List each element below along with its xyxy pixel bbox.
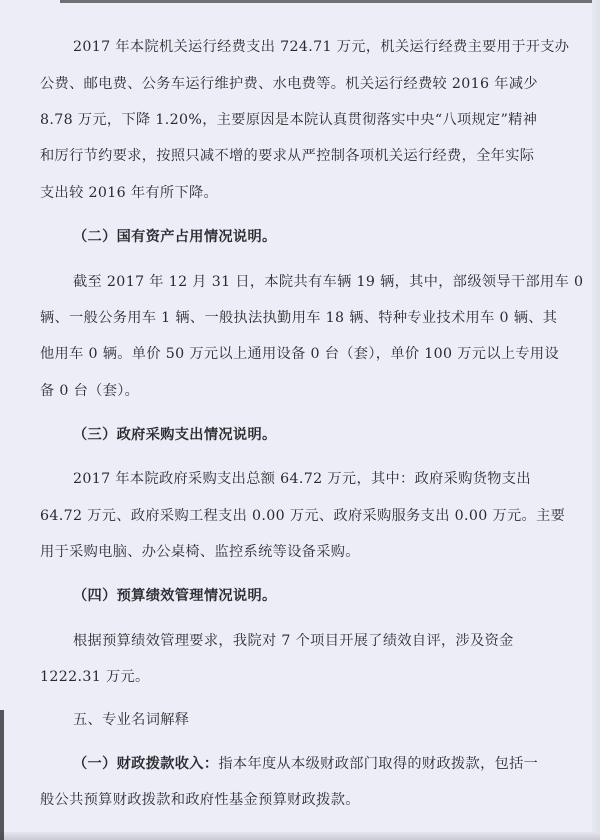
- paragraph-line: 2017 年本院政府采购支出总额 64.72 万元，其中：政府采购货物支出: [73, 469, 531, 489]
- paragraph-line: 公费、邮电费、公务车运行维护费、水电费等。机关运行经费较 2016 年减少: [40, 74, 528, 94]
- scan-top-edge: [60, 0, 600, 3]
- paragraph-line: 辆、一般公务用车 1 辆、一般执法执勤用车 18 辆、特种专业技术用车 0 辆、…: [40, 308, 528, 328]
- paragraph-line: 支出较 2016 年有所下降。: [40, 183, 218, 203]
- section-heading-glossary: 五、专业名词解释: [73, 710, 189, 730]
- paragraph-line: 根据预算绩效管理要求，我院对 7 个项目开展了绩效自评，涉及资金: [73, 631, 514, 651]
- paragraph-line: 8.78 万元，下降 1.20%，主要原因是本院认真贯彻落实中央“八项规定”精神: [40, 110, 528, 130]
- section-heading-state-assets: （二）国有资产占用情况说明。: [73, 227, 277, 247]
- glossary-item-fiscal-appropriation: （一）财政拨款收入：指本年度从本级财政部门取得的财政拨款，包括一: [73, 754, 528, 774]
- paragraph-line: 截至 2017 年 12 月 31 日，本院共有车辆 19 辆，其中，部级领导干…: [73, 272, 528, 292]
- section-heading-procurement: （三）政府采购支出情况说明。: [73, 425, 277, 445]
- scan-left-edge: [0, 710, 4, 840]
- paragraph-line: 他用车 0 辆。单价 50 万元以上通用设备 0 台（套），单价 100 万元以…: [40, 344, 528, 364]
- paragraph-line: 64.72 万元、政府采购工程支出 0.00 万元、政府采购服务支出 0.00 …: [40, 506, 528, 526]
- paragraph-line: 备 0 台（套）。: [40, 381, 139, 401]
- paragraph-line: 用于采购电脑、办公桌椅、监控系统等设备采购。: [40, 542, 360, 562]
- section-heading-performance: （四）预算绩效管理情况说明。: [73, 586, 277, 606]
- glossary-definition: 指本年度从本级财政部门取得的财政拨款，包括一: [218, 756, 538, 772]
- paragraph-line: 1222.31 万元。: [40, 667, 150, 687]
- scan-bottom-edge: [0, 832, 600, 840]
- scan-right-edge: [592, 0, 600, 840]
- paragraph-line: 2017 年本院机关运行经费支出 724.71 万元，机关运行经费主要用于开支办: [73, 37, 528, 57]
- paragraph-line: 和厉行节约要求，按照只减不增的要求从严控制各项机关运行经费，全年实际: [40, 146, 528, 166]
- scan-speck: [316, 805, 318, 807]
- paragraph-line: 般公共预算财政拨款和政府性基金预算财政拨款。: [40, 790, 360, 810]
- glossary-term: （一）财政拨款收入：: [73, 756, 218, 772]
